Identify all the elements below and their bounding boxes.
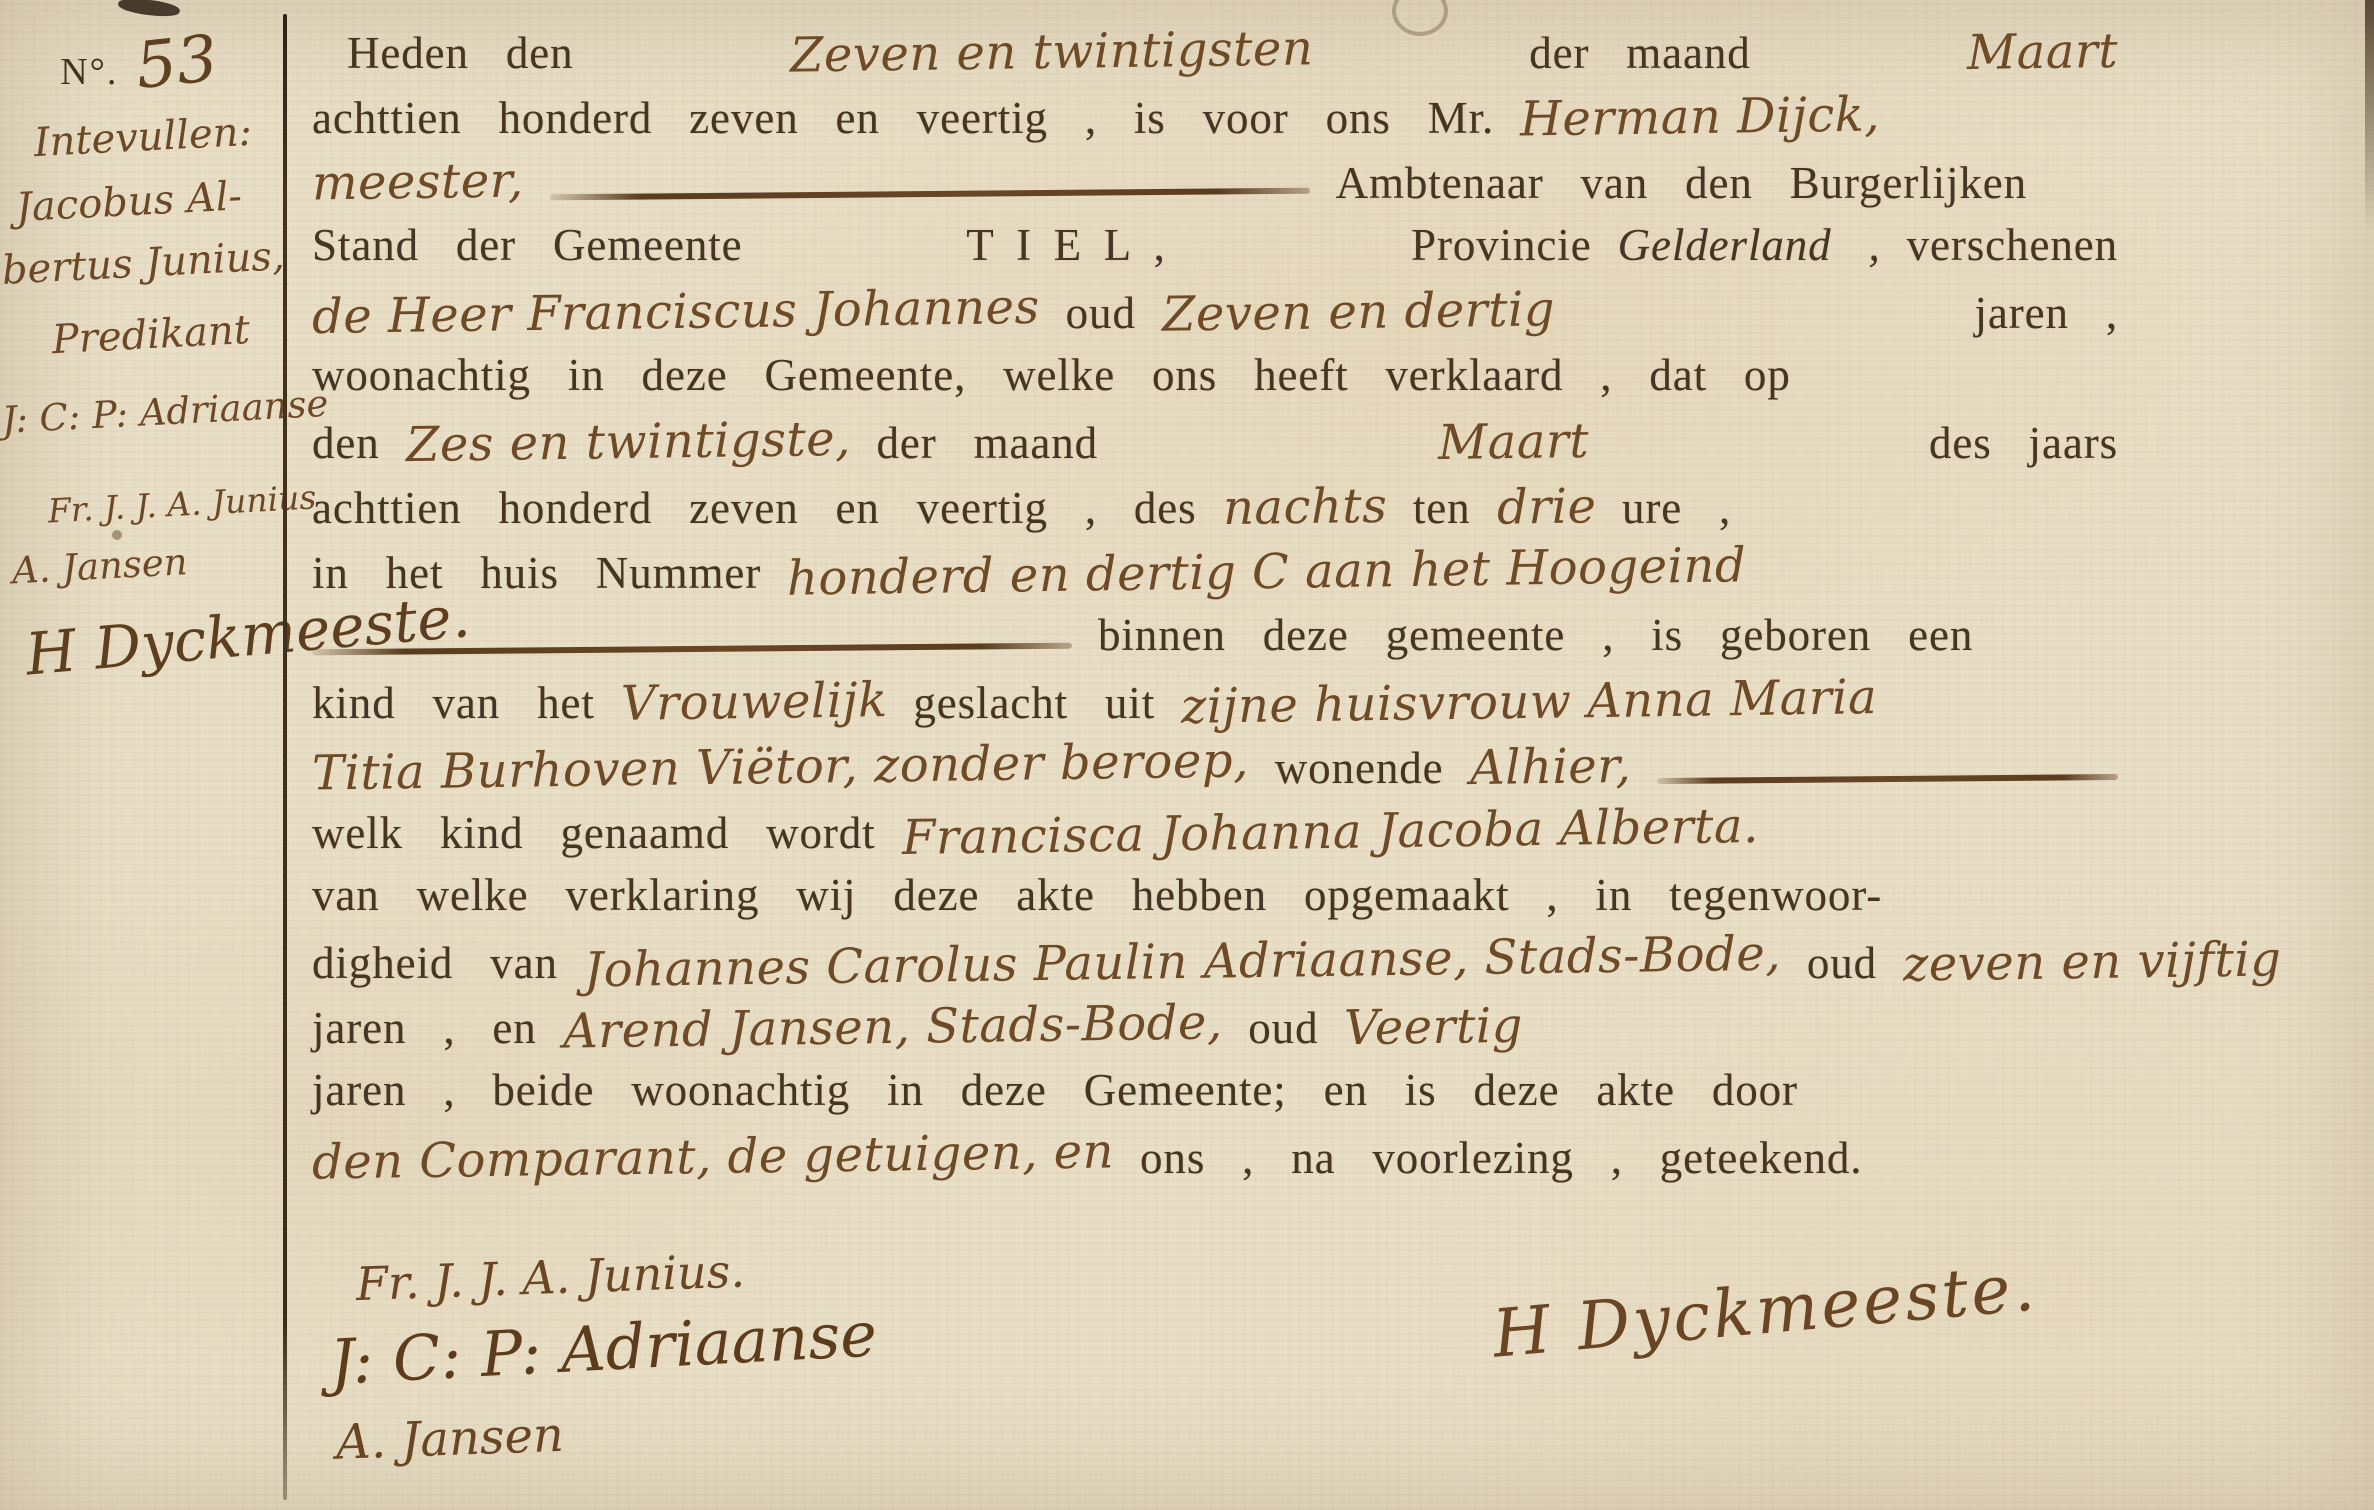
document-line: achttien honderd zeven en veertig , is v… (312, 89, 2118, 154)
document-line: in het huis Nummerhonderd en dertig C aa… (312, 544, 2118, 609)
printed-text: van welke verklaring wij deze akte hebbe… (312, 869, 1882, 921)
document-line: denZes en twintigste,der maandMaartdes j… (312, 414, 2118, 479)
handwritten-entry: Titia Burhoven Viëtor, zonder beroep, (312, 732, 1249, 801)
printed-text: achttien honderd zeven en veertig , is v… (312, 92, 1494, 144)
document-line: Heden denZeven en twintigstender maandMa… (312, 24, 2118, 89)
printed-text: kind van het (312, 677, 595, 729)
handwritten-entry: Francisca Johanna Jacoba Alberta. (901, 798, 1758, 866)
handwritten-entry: zeven en vijftig (1903, 931, 2282, 992)
printed-text: digheid van (312, 937, 558, 989)
handwritten-entry: Johannes Carolus Paulin Adriaanse, Stads… (584, 926, 1782, 999)
document-line: achttien honderd zeven en veertig , desn… (312, 479, 2118, 544)
printed-text: oud (1066, 287, 1136, 339)
document-line: kind van hetVrouwelijkgeslacht uitzijne … (312, 674, 2118, 739)
printed-text: ure , (1622, 482, 1731, 534)
document-paper: N°. 53 Intevullen:Jacobus Al-bertus Juni… (0, 0, 2374, 1510)
registrar-signature: H Dyckmeeste. (1490, 1248, 2040, 1372)
handwritten-entry: honderd en dertig C aan het Hoogeind (787, 537, 1747, 606)
page-edge-shadow (2365, 0, 2374, 230)
printed-text: ons , na voorlezing , geteekend. (1140, 1132, 1862, 1184)
printed-text: binnen deze gemeente , is geboren een (1098, 609, 1973, 661)
printed-caps-text: TIEL, (966, 219, 1187, 271)
printed-text: oud (1807, 937, 1877, 989)
handwritten-entry: Alhier, (1469, 738, 1631, 796)
document-line: jaren , enArend Jansen, Stads-Bode,oudVe… (312, 999, 2118, 1064)
handwritten-entry: drie (1496, 478, 1596, 535)
handwritten-entry: meester, (312, 153, 524, 212)
ink-dot (112, 530, 122, 540)
document-line: Stand der GemeenteTIEL,ProvincieGelderla… (312, 219, 2118, 284)
document-line: Titia Burhoven Viëtor, zonder beroep,won… (312, 739, 2118, 804)
document-line: van welke verklaring wij deze akte hebbe… (312, 869, 2118, 934)
document-line: welk kind genaamd wordtFrancisca Johanna… (312, 804, 2118, 869)
column-rule (283, 14, 287, 1500)
printed-text: verschenen (1907, 219, 2118, 271)
printed-text: ten (1413, 482, 1471, 534)
handwritten-entry: Vrouwelijk (620, 672, 887, 732)
margin-note: H Dyckmeeste. (0, 591, 287, 700)
printed-text: Heden den (347, 27, 574, 79)
handwritten-entry: zijne huisvrouw Anna Maria (1181, 669, 1878, 735)
printed-text: jaren , beide woonachtig in deze Gemeent… (312, 1064, 1798, 1116)
document-line: woonachtig in deze Gemeente, welke ons h… (312, 349, 2118, 414)
document-line: binnen deze gemeente , is geboren een (312, 609, 2118, 674)
document-line: jaren , beide woonachtig in deze Gemeent… (312, 1064, 2118, 1129)
printed-italic-text: Gelderland , (1618, 219, 1881, 271)
handwritten-entry: de Heer Franciscus Johannes (312, 279, 1040, 345)
margin-notes: Intevullen:Jacobus Al-bertus Junius,Pred… (0, 116, 284, 699)
margin-column: N°. 53 Intevullen:Jacobus Al-bertus Juni… (0, 0, 284, 1510)
margin-note: Fr. J. J. A. Junius (0, 475, 285, 538)
printed-text: woonachtig in deze Gemeente, welke ons h… (312, 349, 1791, 401)
ink-stroke (312, 642, 1072, 655)
margin-note: J: C: P: Adriaanse (0, 379, 285, 447)
printed-text: in het huis Nummer (312, 547, 761, 599)
printed-text: jaren , (1975, 287, 2118, 339)
handwritten-entry: Zeven en dertig (1161, 281, 1555, 342)
act-number-label: N°. (60, 51, 118, 93)
printed-text: der maand (877, 417, 1099, 469)
margin-note: Jacobus Al- (0, 165, 285, 238)
ink-stroke (550, 187, 1310, 200)
margin-note: Intevullen: (0, 101, 285, 174)
printed-text: Provincie (1411, 219, 1592, 271)
signature: A. Jansen (329, 1396, 878, 1471)
handwritten-entry: Arend Jansen, Stads-Bode, (562, 994, 1222, 1059)
handwritten-entry: Maart (1967, 23, 2119, 81)
handwritten-entry: nachts (1222, 478, 1387, 536)
printed-text: welk kind genaamd wordt (312, 807, 876, 859)
handwritten-entry: Veertig (1344, 998, 1524, 1056)
printed-text: den (312, 417, 380, 469)
margin-note: Predikant (0, 299, 285, 372)
document-line: digheid vanJohannes Carolus Paulin Adria… (312, 934, 2118, 999)
margin-note: A. Jansen (0, 531, 285, 599)
margin-note: bertus Junius, (0, 227, 285, 300)
printed-text: achttien honderd zeven en veertig , des (312, 482, 1197, 534)
printed-text: Stand der Gemeente (312, 219, 743, 271)
signature: J: C: P: Adriaanse (328, 1297, 878, 1399)
printed-text: geslacht uit (913, 677, 1155, 729)
act-body-text: Heden denZeven en twintigstender maandMa… (312, 24, 2118, 1194)
witness-signatures: Fr. J. J. A. Junius.J: C: P: AdriaanseA.… (330, 1258, 877, 1471)
handwritten-entry: Maart (1438, 413, 1590, 471)
document-line: de Heer Franciscus JohannesoudZeven en d… (312, 284, 2118, 349)
act-number-value: 53 (133, 22, 222, 104)
printed-text: oud (1248, 1002, 1318, 1054)
handwritten-entry: Zes en twintigste, (405, 411, 851, 473)
handwritten-entry: den Comparant, de getuigen, en (312, 1123, 1115, 1190)
act-number: N°. 53 (0, 26, 278, 100)
handwritten-entry: Herman Dijck, (1520, 86, 1881, 147)
printed-text: Ambtenaar van den Burgerlijken (1336, 157, 2027, 209)
printed-text: wonende (1275, 742, 1444, 794)
document-line: meester,Ambtenaar van den Burgerlijken (312, 154, 2118, 219)
ink-stroke (1657, 773, 2118, 783)
printed-text: jaren , en (312, 1002, 537, 1054)
document-line: den Comparant, de getuigen, enons , na v… (312, 1129, 2118, 1194)
printed-text: des jaars (1929, 417, 2118, 469)
scanned-birth-record-page: { "margin": { "act_number_label": "N°.",… (0, 0, 2374, 1510)
handwritten-entry: Zeven en twintigsten (789, 20, 1313, 83)
printed-text: der maand (1529, 27, 1751, 79)
